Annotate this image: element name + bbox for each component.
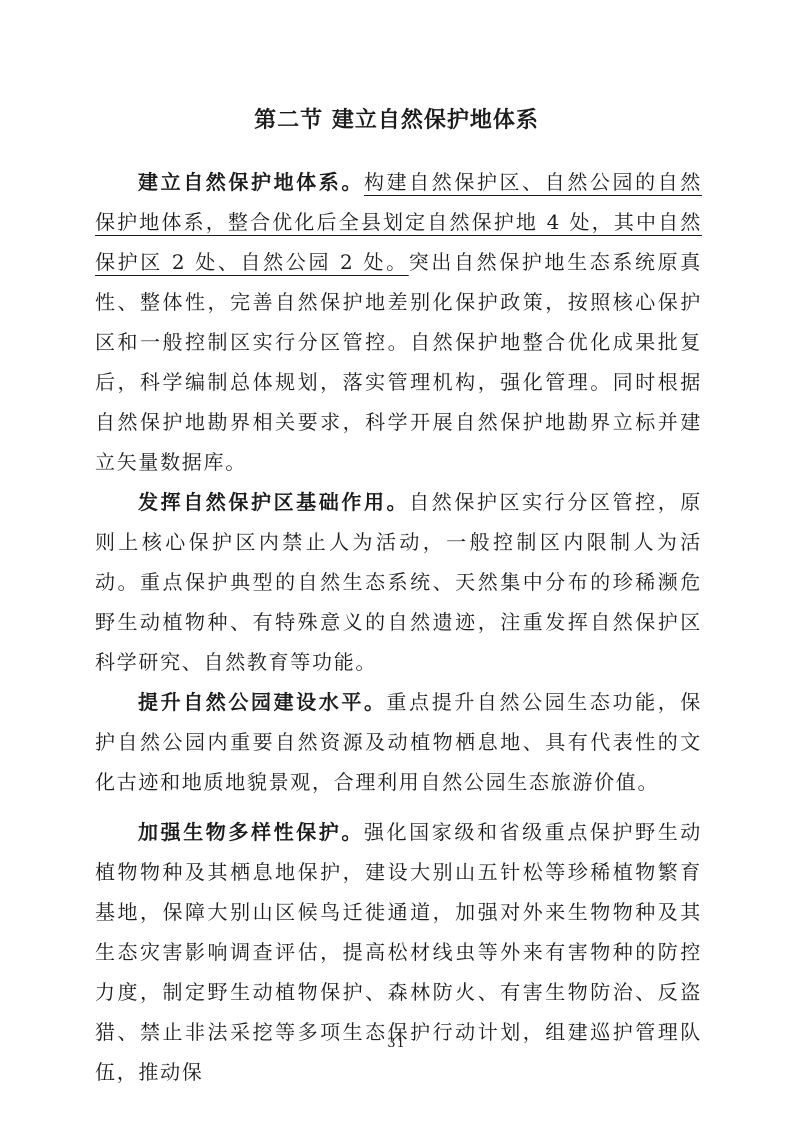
- paragraph-text: 自然保护区实行分区管控，原则上核心保护区内禁止人为活动，一般控制区内限制人为活动…: [95, 490, 702, 674]
- paragraph-text: 突出自然保护地生态系统原真性、整体性，完善自然保护地差别化保护政策，按照核心保护…: [95, 250, 702, 474]
- paragraph-nature-reserve-role: 发挥自然保护区基础作用。自然保护区实行分区管控，原则上核心保护区内禁止人为活动，…: [95, 482, 702, 682]
- page-number: 31: [0, 1036, 793, 1051]
- paragraph-nature-park-level: 提升自然公园建设水平。重点提升自然公园生态功能，保护自然公园内重要自然资源及动植…: [95, 682, 702, 802]
- paragraph-lead: 发挥自然保护区基础作用。: [138, 490, 409, 514]
- paragraph-lead: 加强生物多样性保护。: [138, 820, 364, 844]
- paragraph-lead: 建立自然保护地体系。: [138, 170, 364, 194]
- document-page: 第二节 建立自然保护地体系 建立自然保护地体系。构建自然保护区、自然公园的自然保…: [0, 0, 793, 1122]
- section-title: 第二节 建立自然保护地体系: [0, 106, 793, 136]
- paragraph-nature-reserve-system: 建立自然保护地体系。构建自然保护区、自然公园的自然保护地体系，整合优化后全县划定…: [95, 162, 702, 482]
- paragraph-lead: 提升自然公园建设水平。: [138, 690, 387, 714]
- document-body: 建立自然保护地体系。构建自然保护区、自然公园的自然保护地体系，整合优化后全县划定…: [95, 162, 702, 1092]
